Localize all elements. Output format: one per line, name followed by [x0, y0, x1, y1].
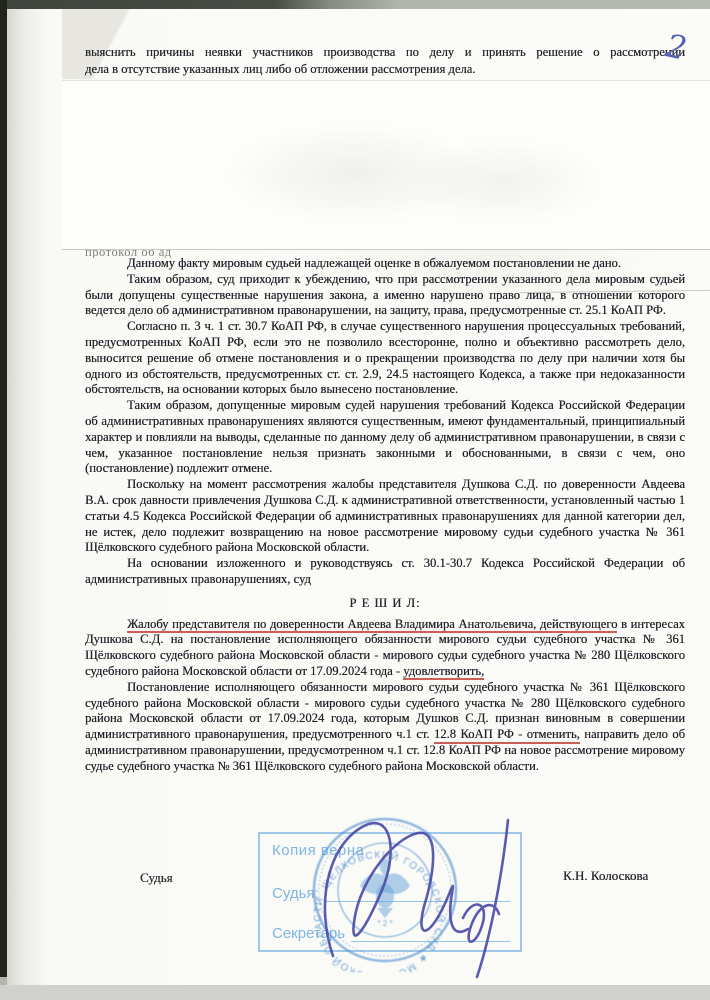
- paragraph: Таким образом, допущенные мировым судей …: [85, 398, 685, 477]
- redaction-block: [62, 80, 710, 250]
- paragraph: На основании изложенного и руководствуяс…: [85, 556, 685, 588]
- header-text: выяснить причины неявки участников произ…: [85, 44, 685, 77]
- text-segment: Таким образом, допущенные мировым судей …: [85, 398, 685, 475]
- paragraph: Поскольку на момент рассмотрения жалобы …: [85, 477, 685, 556]
- text-segment: Согласно п. 3 ч. 1 ст. 30.7 КоАП РФ, в с…: [85, 319, 685, 396]
- paragraph: Согласно п. 3 ч. 1 ст. 30.7 КоАП РФ, в с…: [85, 319, 685, 398]
- judge-name: К.Н. Колоскова: [563, 868, 648, 884]
- text-segment: Данному факту мировым судьей надлежащей …: [127, 256, 621, 270]
- paragraph: Жалобу представителя по доверенности Авд…: [85, 617, 685, 680]
- red-underlined-text: 12.8 КоАП РФ - отменить,: [434, 727, 580, 744]
- text-segment: На основании изложенного и руководствуяс…: [85, 556, 685, 586]
- decision-paragraphs: Жалобу представителя по доверенности Авд…: [85, 617, 685, 775]
- header-line: дела в отсутствие указанных лиц либо об …: [85, 61, 685, 78]
- court-seal-icon: ЩЁЛКОВСКИЙ ГОРОДСКОЙ СУД ★ МОСКОВСКОЙ ОБ…: [300, 812, 470, 972]
- text-segment: Таким образом, суд приходит к убеждению,…: [85, 272, 685, 318]
- text-segment: Поскольку на момент рассмотрения жалобы …: [85, 477, 685, 554]
- double-headed-eagle-icon: [360, 858, 410, 918]
- document-body: Данному факту мировым судьей надлежащей …: [85, 256, 685, 775]
- seal-number: * 2 *: [377, 919, 392, 928]
- paragraph: Таким образом, суд приходит к убеждению,…: [85, 272, 685, 319]
- judge-label: Судья: [140, 870, 173, 886]
- paragraph: Постановление исполняющего обязанности м…: [85, 680, 685, 775]
- red-underlined-text: Жалобу представителя по доверенности Авд…: [127, 617, 617, 634]
- paragraph: Данному факту мировым судьей надлежащей …: [85, 256, 685, 272]
- scanner-edge-top: [7, 0, 710, 9]
- scanned-court-document: выяснить причины неявки участников произ…: [0, 0, 710, 1000]
- decision-heading: Р Е Ш И Л:: [85, 596, 685, 612]
- scanner-edge-bottom: [0, 985, 710, 1000]
- header-line: выяснить причины неявки участников произ…: [85, 44, 685, 61]
- scanner-edge-left: [0, 0, 7, 977]
- body-paragraphs: Данному факту мировым судьей надлежащей …: [85, 256, 685, 588]
- red-underlined-text: удовлетворить,: [403, 664, 484, 681]
